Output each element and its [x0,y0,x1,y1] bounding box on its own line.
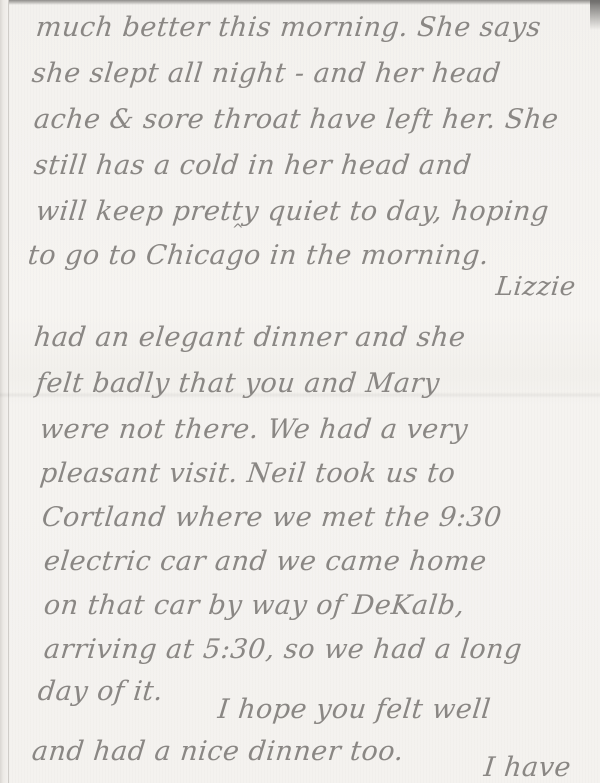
handwritten-line-19: I have [482,752,572,783]
handwritten-line-2: she slept all night - and her head [30,58,502,89]
handwritten-line-17: I hope you felt well [216,694,492,725]
handwritten-line-15: arriving at 5:30, so we had a long [42,634,523,665]
handwritten-line-6: to go to Chicago in the morning. [26,240,490,271]
handwritten-line-14: on that car by way of DeKalb, [42,590,466,621]
paper-top-edge [0,0,600,5]
handwritten-line-5: will keep pretty quiet to day, hoping [34,196,550,227]
handwritten-line-10: were not there. We had a very [38,414,469,445]
handwritten-line-9: felt badly that you and Mary [34,368,441,399]
handwritten-line-4: still has a cold in her head and [32,150,473,181]
handwritten-line-12: Cortland where we met the 9:30 [40,502,503,533]
handwritten-line-8: had an elegant dinner and she [32,322,467,353]
handwritten-line-13: electric car and we came home [42,546,488,577]
letter-page: much better this morning. She says she s… [0,0,600,783]
handwritten-line-11: pleasant visit. Neil took us to [38,458,457,489]
handwritten-line-16: day of it. [36,676,164,707]
handwritten-line-18: and had a nice dinner too. [30,736,405,767]
handwritten-line-1: much better this morning. She says [34,12,542,43]
paper-corner-shadow [590,0,600,30]
signature-lizzie: Lizzie [494,272,577,302]
insertion-caret-mark: ^ [232,222,244,238]
handwritten-line-3: ache & sore throat have left her. She [32,104,560,135]
